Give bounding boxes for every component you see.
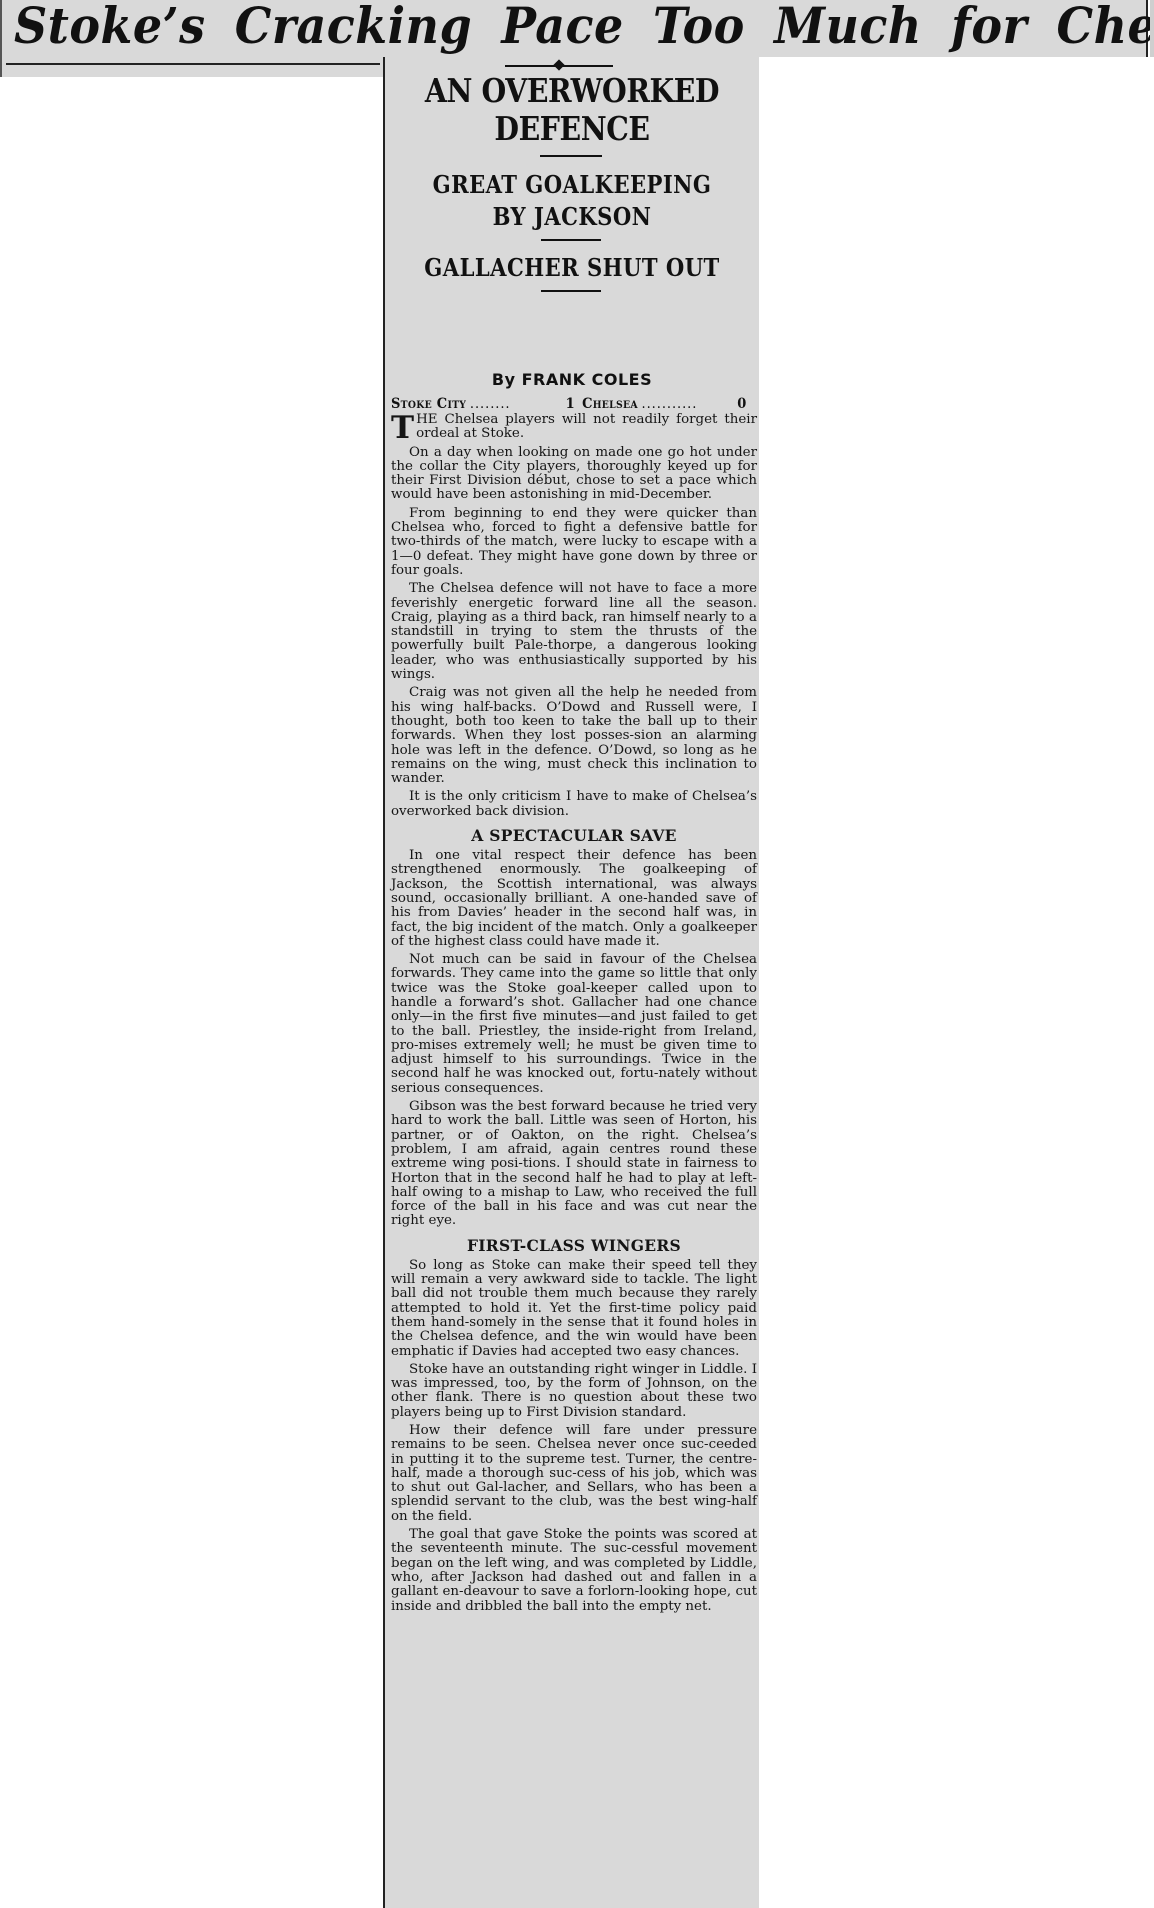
paragraph: From beginning to end they were quicker … [391,507,757,578]
subheading-first-class-wingers: FIRST-CLASS WINGERS [391,1237,757,1255]
paragraph: The goal that gave Stoke the points was … [391,1528,757,1614]
paragraph: On a day when looking on made one go hot… [391,446,757,503]
paragraph: It is the only criticism I have to make … [391,790,757,819]
home-goals: 1 [566,396,583,412]
main-deck-line-2: DEFENCE [411,107,733,151]
deck-separator-rule [541,290,601,292]
paragraph: So long as Stoke can make their speed te… [391,1259,757,1359]
deck-separator-rule [541,239,601,241]
paragraph: The Chelsea defence will not have to fac… [391,582,757,682]
second-deck-line-2: BY JACKSON [407,199,736,235]
paragraph: Craig was not given all the help he need… [391,686,757,786]
third-deck: GALLACHER SHUT OUT [407,253,736,283]
paragraph: Gibson was the best forward because he t… [391,1100,757,1229]
paragraph: In one vital respect their defence has b… [391,849,757,949]
paragraph: Not much can be said in favour of the Ch… [391,953,757,1096]
second-deck-line-1: GREAT GOALKEEPING [407,167,736,203]
article-body: THE Chelsea players will not readily for… [391,413,757,1618]
page-headline: Stoke’s Cracking Pace Too Much for Chels… [14,0,1054,55]
leader-dots: ........ [466,396,565,412]
deck-separator-rule [540,155,602,157]
byline: By FRANK COLES [385,370,759,389]
page-left-border [0,0,2,77]
adjacent-column-edge [1150,0,1154,57]
drop-cap: T [391,415,414,441]
lead-paragraph: THE Chelsea players will not readily for… [391,413,757,442]
diamond-ornament-rule-icon [505,65,613,67]
article-column: AN OVERWORKED DEFENCE GREAT GOALKEEPING … [383,57,759,1908]
headline-band-extension [0,57,385,77]
paragraph: Stoke have an outstanding right winger i… [391,1363,757,1420]
paragraph: How their defence will fare under pressu… [391,1424,757,1524]
horizontal-rule [6,63,380,65]
lead-text: HE Chelsea players will not readily forg… [416,412,757,441]
leader-dots: ........... [638,396,737,412]
away-goals: 0 [737,396,754,412]
score-line: Stoke City ........ 1 Chelsea ..........… [391,396,754,412]
subheading-spectacular-save: A SPECTACULAR SAVE [391,827,757,845]
away-team: Chelsea [582,396,638,412]
headline-band: Stoke’s Cracking Pace Too Much for Chels… [0,0,1148,57]
